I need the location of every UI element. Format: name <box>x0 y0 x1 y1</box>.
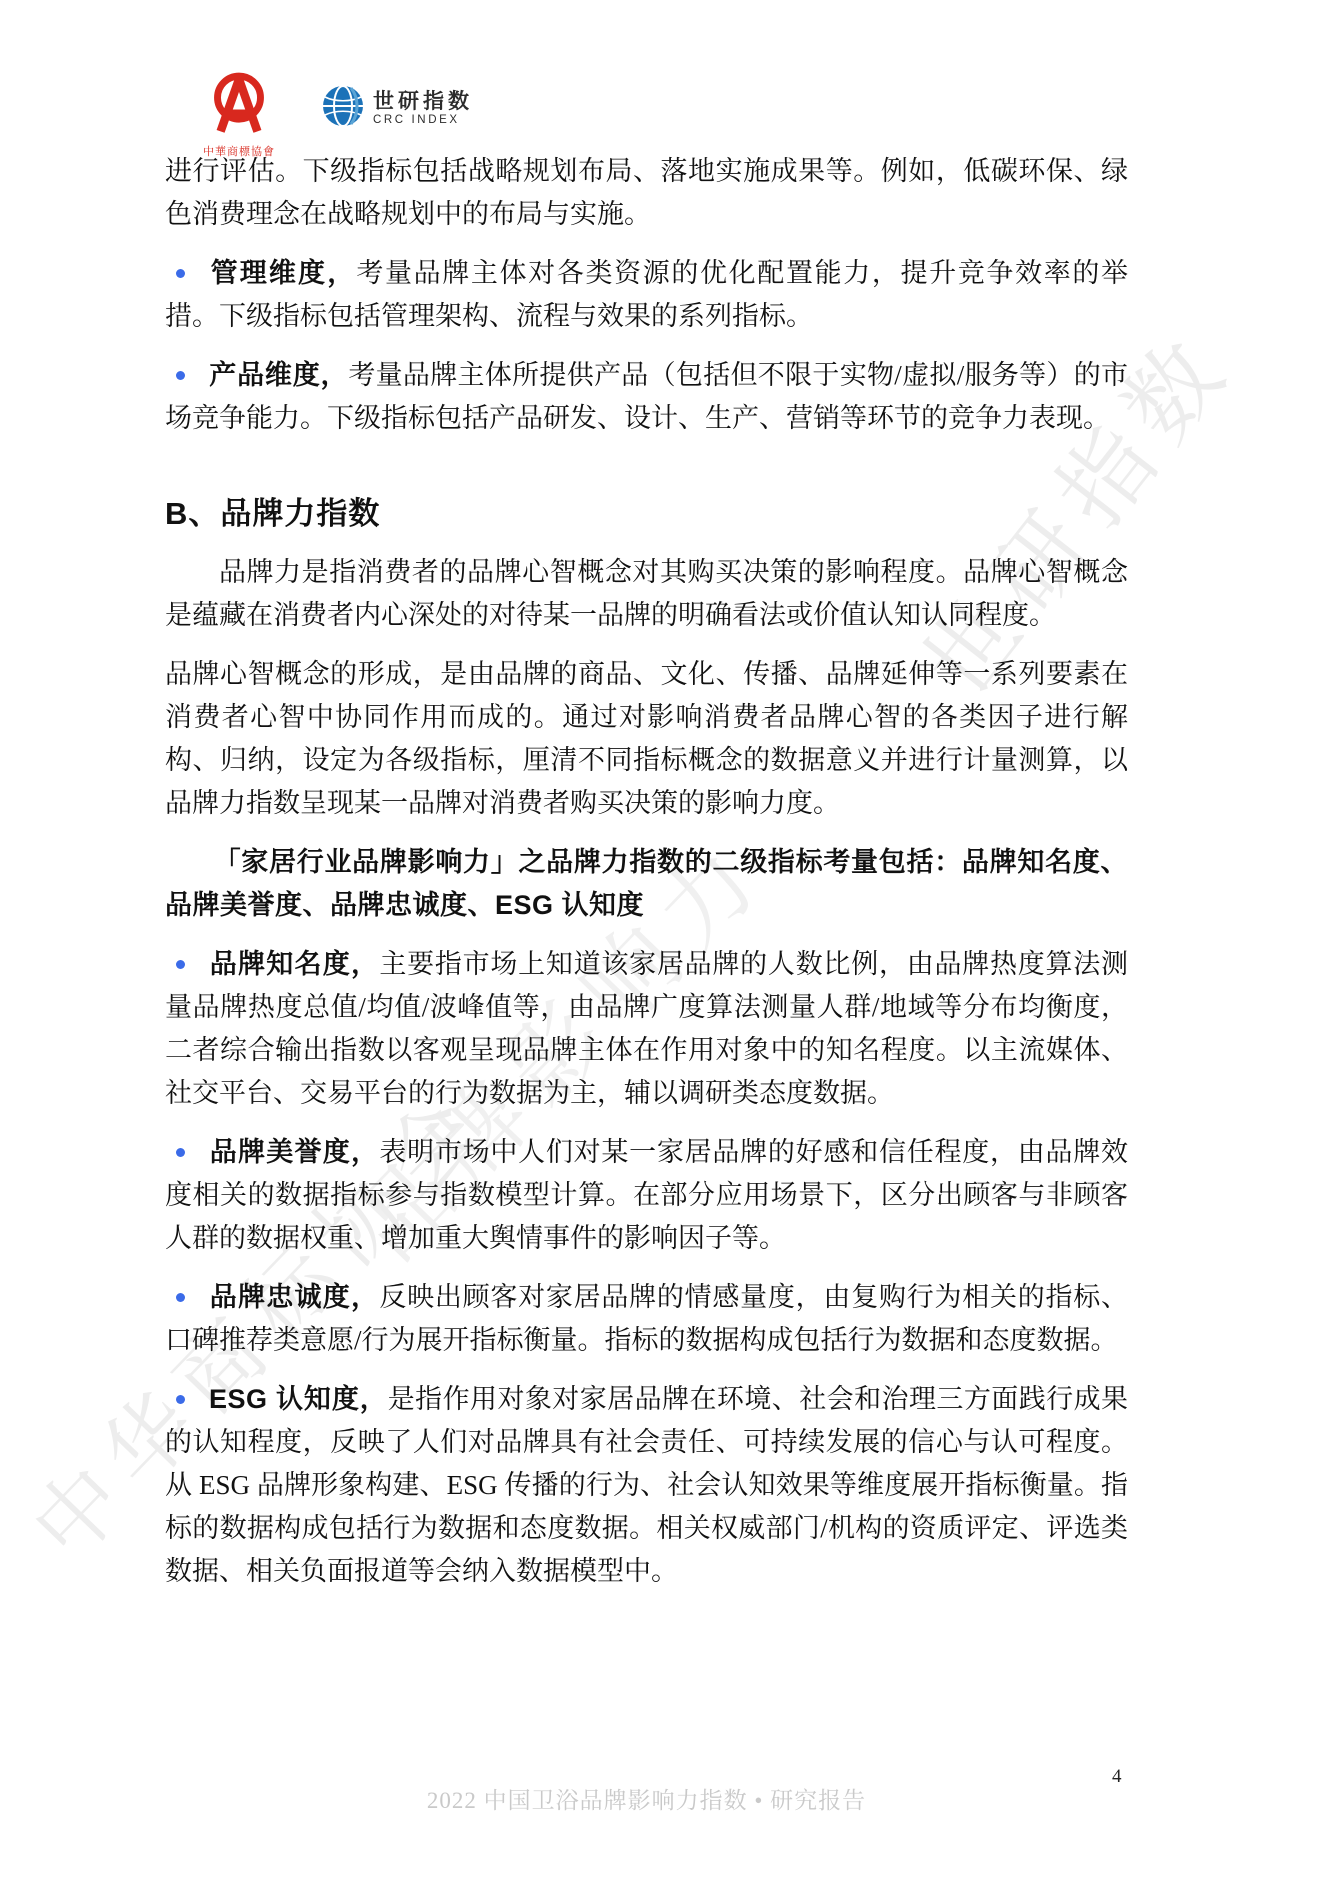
bullet-brand-reputation: 品牌美誉度，表明市场中人们对某一家居品牌的好感和信任程度，由品牌效度相关的数据指… <box>165 1131 1128 1260</box>
intro-paragraph: 进行评估。下级指标包括战略规划布局、落地实施成果等。例如，低碳环保、绿色消费理念… <box>165 150 1128 236</box>
bullet-text: 是指作用对象对家居品牌在环境、社会和治理三方面践行成果的认知程度，反映了人们对品… <box>165 1384 1128 1586</box>
bullet-brand-loyalty: 品牌忠诚度，反映出顾客对家居品牌的情感量度，由复购行为相关的指标、口碑推荐类意愿… <box>165 1276 1128 1362</box>
page-number: 4 <box>1112 1766 1122 1788</box>
cgcc-logo: 中華商標協會 <box>183 70 295 159</box>
bullet-lead: 品牌知名度， <box>209 949 379 979</box>
bullet-dot-icon <box>176 269 185 278</box>
crc-logo-subtitle: CRC INDEX <box>373 115 473 127</box>
secondary-indicators-bold-paragraph: 「家居行业品牌影响力」之品牌力指数的二级指标考量包括：品牌知名度、品牌美誉度、品… <box>165 841 1128 927</box>
crc-logo-text: 世研指数 CRC INDEX <box>373 91 473 127</box>
bullet-lead: ESG 认知度， <box>209 1384 388 1414</box>
bullet-dot-icon <box>176 1148 185 1157</box>
header-logos: 中華商標協會 世研指数 CRC INDEX <box>183 70 473 159</box>
bullet-lead: 品牌忠诚度， <box>209 1282 379 1312</box>
document-body: 进行评估。下级指标包括战略规划布局、落地实施成果等。例如，低碳环保、绿色消费理念… <box>165 150 1128 1609</box>
bullet-dot-icon <box>176 371 185 380</box>
crc-globe-icon <box>321 84 365 133</box>
footer-report-title: 2022 中国卫浴品牌影响力指数 • 研究报告 <box>165 1782 1128 1815</box>
cgcc-logo-caption: 中華商標協會 <box>203 143 275 159</box>
bullet-brand-awareness: 品牌知名度，主要指市场上知道该家居品牌的人数比例，由品牌热度算法测量品牌热度总值… <box>165 943 1128 1115</box>
bullet-dot-icon <box>176 1395 185 1404</box>
bullet-dot-icon <box>176 1293 185 1302</box>
bullet-lead: 产品维度， <box>209 360 348 390</box>
crc-logo-title: 世研指数 <box>373 91 473 112</box>
bullet-esg-awareness: ESG 认知度，是指作用对象对家居品牌在环境、社会和治理三方面践行成果的认知程度… <box>165 1378 1128 1593</box>
bullet-management-dimension: 管理维度，考量品牌主体对各类资源的优化配置能力，提升竞争效率的举措。下级指标包括… <box>165 252 1128 338</box>
bullet-lead: 管理维度， <box>209 258 356 288</box>
section-heading-brand-power-index: B、品牌力指数 <box>165 492 1128 535</box>
crc-index-logo: 世研指数 CRC INDEX <box>321 84 473 133</box>
bullet-product-dimension: 产品维度，考量品牌主体所提供产品（包括但不限于实物/虚拟/服务等）的市场竞争能力… <box>165 354 1128 440</box>
brand-power-paragraph-1: 品牌力是指消费者的品牌心智概念对其购买决策的影响程度。品牌心智概念是蕴藏在消费者… <box>165 551 1128 637</box>
bullet-lead: 品牌美誉度， <box>209 1137 379 1167</box>
brand-power-paragraph-2: 品牌心智概念的形成，是由品牌的商品、文化、传播、品牌延伸等一系列要素在消费者心智… <box>165 653 1128 825</box>
cgcc-emblem-icon <box>200 70 278 141</box>
bullet-dot-icon <box>176 960 185 969</box>
